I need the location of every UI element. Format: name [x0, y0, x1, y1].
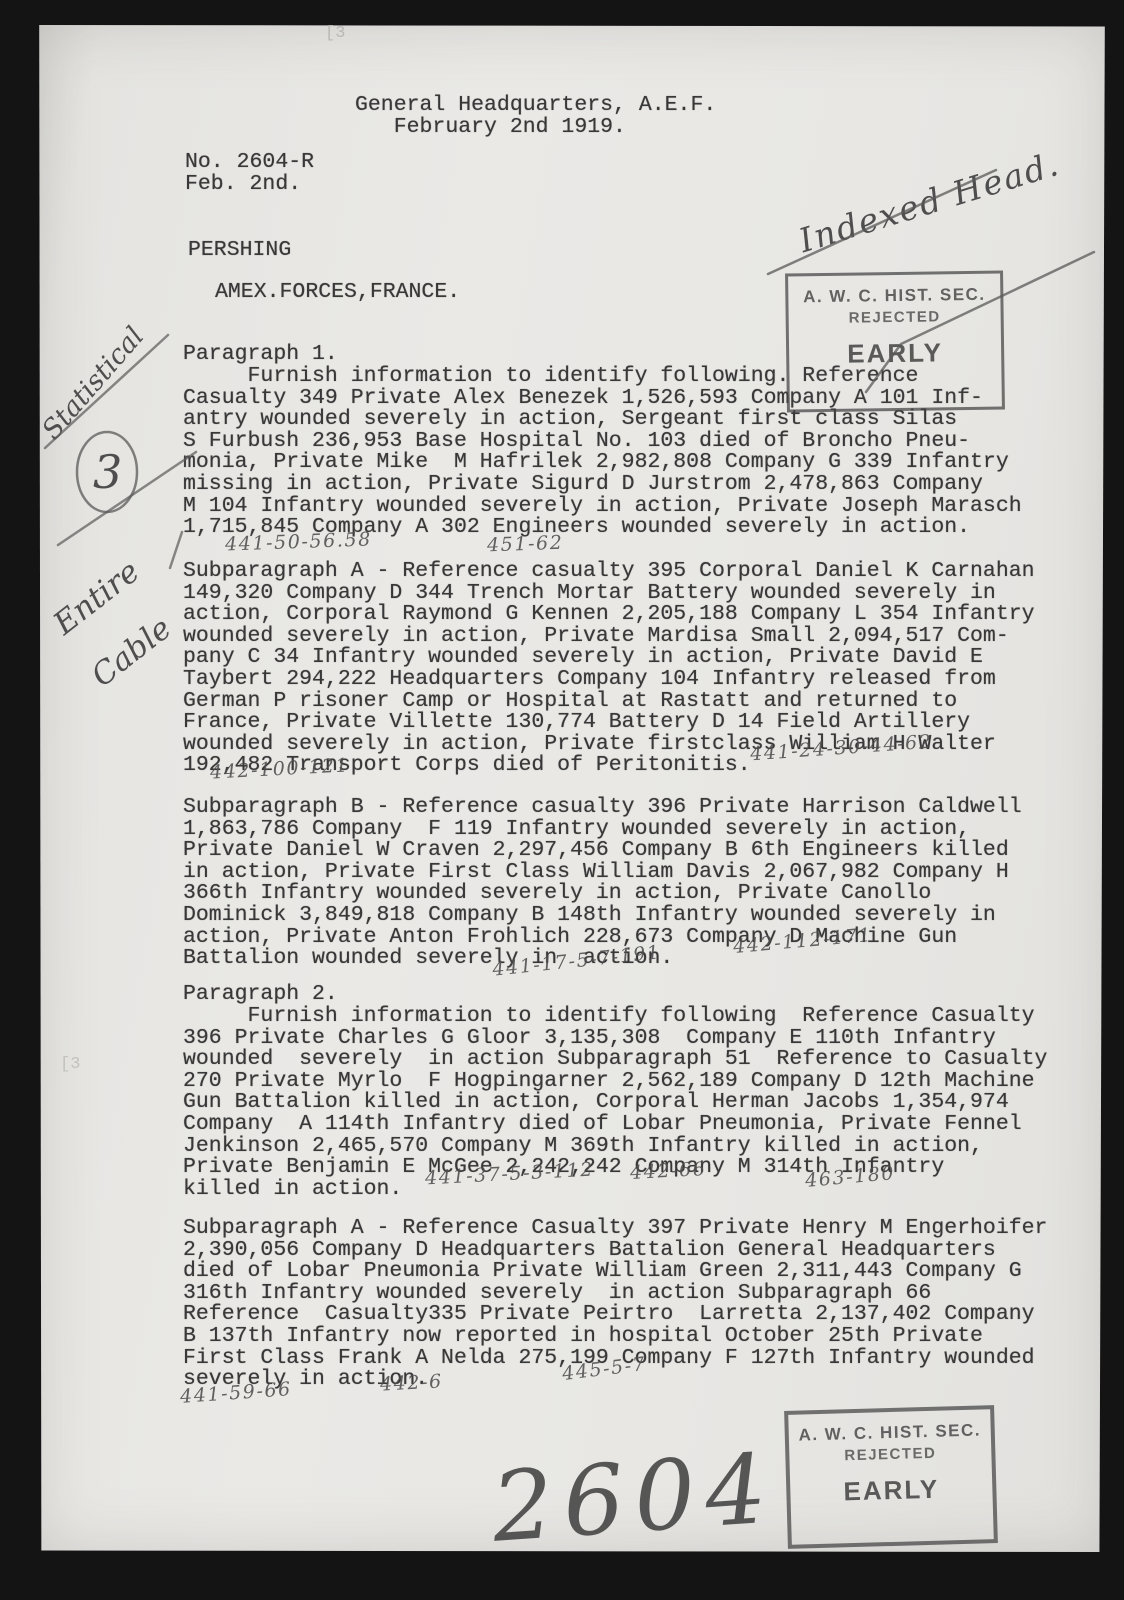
paragraph1-title: Paragraph 1. — [183, 344, 338, 366]
handwritten-code-bottom-b: 442-6 — [379, 1370, 443, 1395]
scanned-document-page: [3 [3 General Headquarters, A.E.F. Febru… — [0, 0, 1124, 1600]
doc-number-and-date: No. 2604-R Feb. 2nd. — [185, 152, 314, 195]
stamp-top-status: REJECTED — [789, 308, 1001, 328]
stamp-top-early: EARLY — [789, 337, 1001, 371]
handwritten-circled-3: 3 — [93, 445, 122, 499]
corner-mark-left: [3 — [60, 1055, 80, 1074]
handwritten-code-p2-b: 442-66 — [629, 1158, 707, 1184]
rejected-stamp-top: A. W. C. HIST. SEC. REJECTED EARLY — [785, 270, 1005, 412]
address-line: AMEX.FORCES,FRANCE. — [215, 282, 460, 304]
handwritten-big-document-number: 2604 — [488, 1432, 779, 1564]
stamp-bottom-status: REJECTED — [789, 1443, 991, 1466]
paragraph2-body: Furnish information to identify followin… — [183, 1006, 1047, 1200]
signatory: PERSHING — [188, 240, 291, 262]
paragraph2-title: Paragraph 2. — [183, 984, 338, 1006]
corner-mark-top: [3 — [325, 24, 345, 43]
rejected-stamp-bottom: A. W. C. HIST. SEC. REJECTED EARLY — [784, 1405, 998, 1549]
subparagraph-b1-body: Subparagraph B - Reference casualty 396 … — [183, 797, 1022, 970]
letterhead-line2: February 2nd 1919. — [355, 117, 626, 139]
letterhead-line1: General Headquarters, A.E.F. — [355, 95, 716, 117]
stamp-bottom-early: EARLY — [790, 1472, 993, 1509]
handwritten-code-p1-b: 451-62 — [487, 532, 564, 557]
stamp-bottom-agency: A. W. C. HIST. SEC. — [789, 1420, 991, 1446]
stamp-top-agency: A. W. C. HIST. SEC. — [788, 285, 1000, 308]
